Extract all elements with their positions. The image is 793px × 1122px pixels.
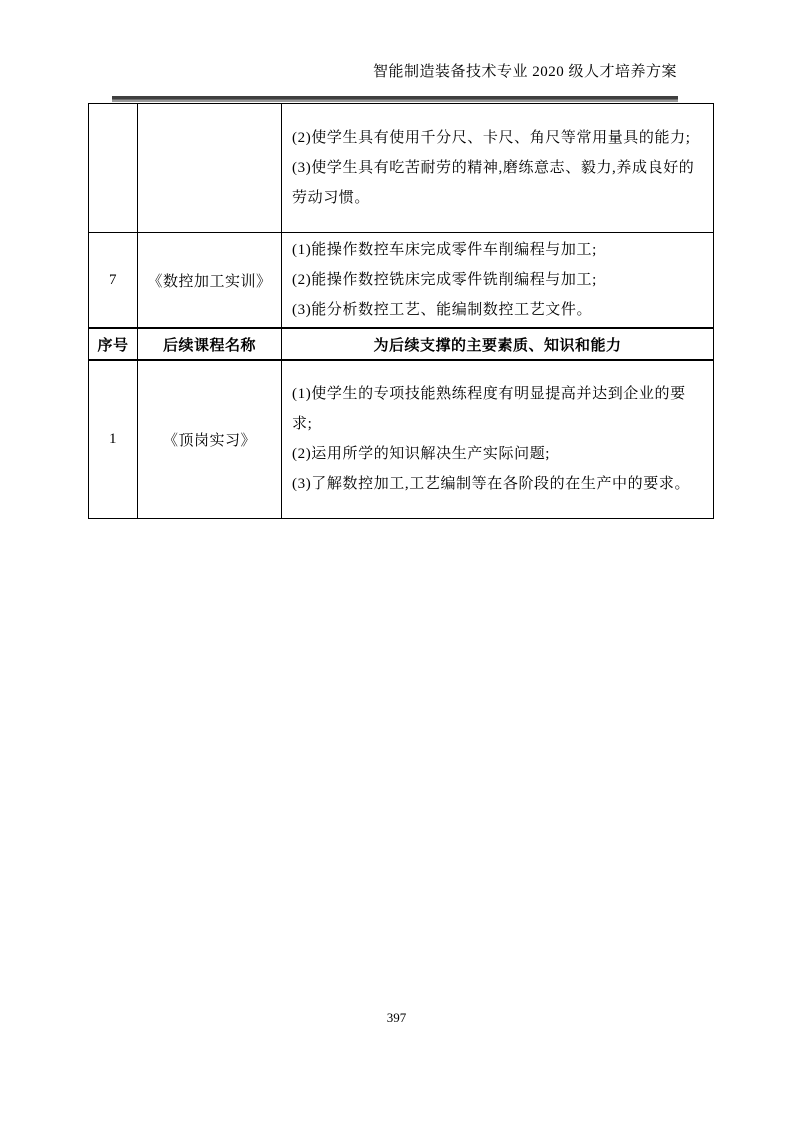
table-header-row: 序号 后续课程名称 为后续支撑的主要素质、知识和能力 [89,328,714,360]
support-item: (2)使学生具有使用千分尺、卡尺、角尺等常用量具的能力; [292,123,703,153]
cell-support-content: (2)使学生具有使用千分尺、卡尺、角尺等常用量具的能力; (3)使学生具有吃苦耐… [282,104,714,233]
support-item: (1)使学生的专项技能熟练程度有明显提高并达到企业的要求; [292,379,703,439]
cell-course-empty [138,104,282,233]
support-item: (3)能分析数控工艺、能编制数控工艺文件。 [292,295,703,325]
support-item: (1)能操作数控车床完成零件车削编程与加工; [292,235,703,265]
cell-support-content: (1)使学生的专项技能熟练程度有明显提高并达到企业的要求; (2)运用所学的知识… [282,360,714,518]
column-header-support: 为后续支撑的主要素质、知识和能力 [282,328,714,360]
cell-seq: 7 [89,233,138,329]
table-row-course-1: 1 《顶岗实习》 (1)使学生的专项技能熟练程度有明显提高并达到企业的要求; (… [89,360,714,518]
page-header-title: 智能制造装备技术专业 2020 级人才培养方案 [373,60,677,81]
course-support-table: (2)使学生具有使用千分尺、卡尺、角尺等常用量具的能力; (3)使学生具有吃苦耐… [88,103,714,519]
cell-course-name: 《数控加工实训》 [138,233,282,329]
cell-seq: 1 [89,360,138,518]
column-header-course-name: 后续课程名称 [138,328,282,360]
support-item: (2)能操作数控铣床完成零件铣削编程与加工; [292,265,703,295]
table-row-continuation: (2)使学生具有使用千分尺、卡尺、角尺等常用量具的能力; (3)使学生具有吃苦耐… [89,104,714,233]
support-item: (3)使学生具有吃苦耐劳的精神,磨练意志、毅力,养成良好的劳动习惯。 [292,153,703,213]
document-page: 智能制造装备技术专业 2020 级人才培养方案 (2)使学生具有使用千分尺、卡尺… [0,0,793,1122]
support-item: (3)了解数控加工,工艺编制等在各阶段的在生产中的要求。 [292,469,703,499]
support-item: (2)运用所学的知识解决生产实际问题; [292,439,703,469]
table-row-course-7: 7 《数控加工实训》 (1)能操作数控车床完成零件车削编程与加工; (2)能操作… [89,233,714,329]
cell-support-content: (1)能操作数控车床完成零件车削编程与加工; (2)能操作数控铣床完成零件铣削编… [282,233,714,329]
cell-seq-empty [89,104,138,233]
cell-course-name: 《顶岗实习》 [138,360,282,518]
column-header-seq: 序号 [89,328,138,360]
page-number: 397 [0,1010,793,1026]
header-rule-divider [112,96,678,102]
